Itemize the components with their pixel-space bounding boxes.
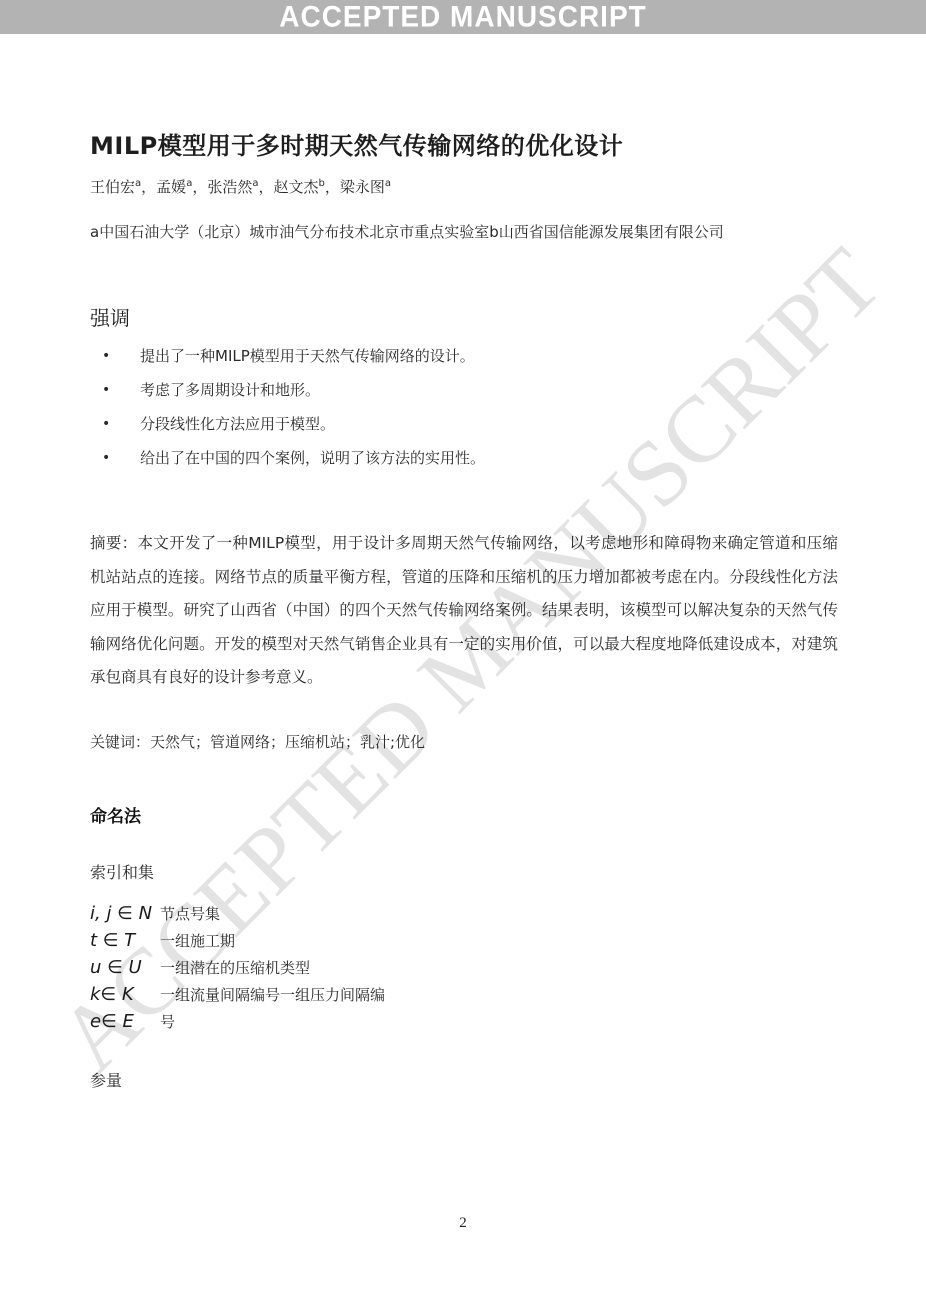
symbol-description: 号 xyxy=(160,1011,175,1032)
highlights-list: 提出了一种MILP模型用于天然气传输网络的设计。 考虑了多周期设计和地形。 分段… xyxy=(90,346,836,482)
nomenclature-entry: k∈ K 一组流量间隔编号一组压力间隔编 xyxy=(90,984,590,1011)
bullet-icon xyxy=(102,414,114,435)
keywords-line: 关键词：天然气；管道网络；压缩机站；乳汁;优化 xyxy=(90,731,425,752)
affiliation-line: a中国石油大学（北京）城市油气分布技术北京市重点实验室b山西省国信能源发展集团有… xyxy=(90,221,850,242)
indices-sets-subheading: 索引和集 xyxy=(90,860,154,883)
banner-text: ACCEPTED MANUSCRIPT xyxy=(279,0,646,34)
math-symbol: t ∈ T xyxy=(90,930,160,951)
author: 孟媛a， xyxy=(156,178,207,196)
list-item: 分段线性化方法应用于模型。 xyxy=(90,414,836,448)
abstract-paragraph: 摘要：本文开发了一种MILP模型，用于设计多周期天然气传输网络，以考虑地形和障碍… xyxy=(90,527,838,695)
bullet-icon xyxy=(102,380,114,401)
author: 张浩然a， xyxy=(207,178,273,196)
symbol-description: 节点号集 xyxy=(160,903,220,924)
page-number: 2 xyxy=(90,1215,836,1232)
nomenclature-entry: i, j ∈ N 节点号集 xyxy=(90,903,590,930)
nomenclature-heading: 命名法 xyxy=(90,802,141,827)
math-symbol: k∈ K xyxy=(90,984,160,1005)
math-symbol: u ∈ U xyxy=(90,957,160,978)
author: 王伯宏a， xyxy=(90,178,156,196)
highlight-text: 考虑了多周期设计和地形。 xyxy=(140,380,320,401)
list-item: 提出了一种MILP模型用于天然气传输网络的设计。 xyxy=(90,346,836,380)
author-affiliation-mark: a xyxy=(385,178,391,189)
bullet-icon xyxy=(102,448,114,469)
math-symbol: e∈ E xyxy=(90,1011,160,1032)
paper-title: MILP模型用于多时期天然气传输网络的优化设计 xyxy=(90,126,836,161)
highlight-text: 分段线性化方法应用于模型。 xyxy=(140,414,335,435)
highlight-text: 提出了一种MILP模型用于天然气传输网络的设计。 xyxy=(140,346,475,367)
list-item: 考虑了多周期设计和地形。 xyxy=(90,380,836,414)
author: 梁永图a xyxy=(340,178,391,196)
nomenclature-list: i, j ∈ N 节点号集 t ∈ T 一组施工期 u ∈ U 一组潜在的压缩机… xyxy=(90,903,590,1038)
highlight-text: 给出了在中国的四个案例，说明了该方法的实用性。 xyxy=(140,448,485,469)
symbol-description: 一组潜在的压缩机类型 xyxy=(160,957,310,978)
bullet-icon xyxy=(102,346,114,367)
author-list: 王伯宏a，孟媛a，张浩然a，赵文杰b，梁永图a xyxy=(90,176,391,197)
nomenclature-entry: e∈ E 号 xyxy=(90,1011,590,1038)
symbol-description: 一组施工期 xyxy=(160,930,235,951)
highlights-heading: 强调 xyxy=(90,302,130,331)
nomenclature-entry: u ∈ U 一组潜在的压缩机类型 xyxy=(90,957,590,984)
nomenclature-entry: t ∈ T 一组施工期 xyxy=(90,930,590,957)
parameters-heading: 参量 xyxy=(90,1068,122,1091)
list-item: 给出了在中国的四个案例，说明了该方法的实用性。 xyxy=(90,448,836,482)
math-symbol: i, j ∈ N xyxy=(90,903,160,924)
accepted-manuscript-banner: ACCEPTED MANUSCRIPT xyxy=(0,0,926,34)
author: 赵文杰b， xyxy=(274,178,340,196)
symbol-description: 一组流量间隔编号一组压力间隔编 xyxy=(160,984,385,1005)
